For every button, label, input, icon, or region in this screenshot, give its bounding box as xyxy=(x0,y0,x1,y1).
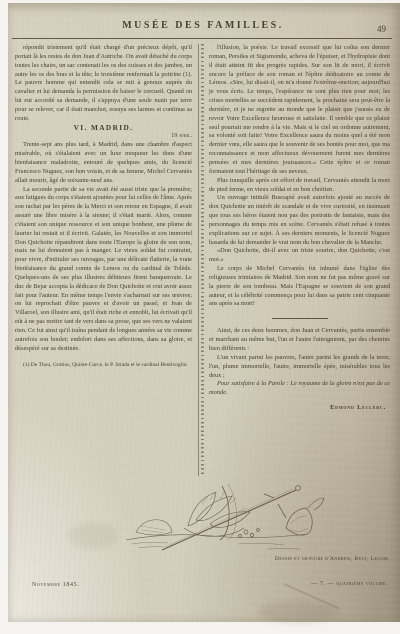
trophy-engraving-illustration xyxy=(118,474,348,558)
foxing-stain xyxy=(258,601,338,623)
binding-crease xyxy=(198,44,206,476)
body-paragraph: Ainsi, de ces deux hommes, don Juan et C… xyxy=(209,327,390,354)
closing-paragraph: Pour satisfaire à la Parole : Le royaume… xyxy=(209,380,390,398)
footer-volume: — 7. — quatrième volume. xyxy=(311,580,388,587)
section-heading: VI. MADRID. xyxy=(15,124,192,133)
quote-paragraph: «Don Quichotte, dit-il avec un triste so… xyxy=(209,247,390,265)
footer-date: Novembre 1845. xyxy=(32,582,79,588)
body-paragraph: Trente-sept ans plus tard, à Madrid, dan… xyxy=(15,141,192,185)
footnote: (1) De Thou, Grotius, Quinte-Curce, le P… xyxy=(15,362,192,369)
author-signature: Edmond Leclerc. xyxy=(209,404,390,413)
left-text-column: répondit tristement qu'il était chargé d… xyxy=(15,44,192,368)
page-number: 49 xyxy=(377,24,386,34)
section-divider-rule xyxy=(272,318,328,319)
body-paragraph: Plus tranquille après cet effort de trav… xyxy=(209,177,390,195)
header-rule xyxy=(12,38,392,39)
body-paragraph: La seconde partie de sa vie avait été au… xyxy=(15,186,192,354)
section-subnote: 19 avril. xyxy=(15,132,192,141)
engraving-caption: Dessin et gravure d'Andrew, Best, Leloir… xyxy=(275,556,390,562)
body-paragraph: Un ouvrage intitulé Buscapié avait autre… xyxy=(209,194,390,247)
right-text-column: l'illusion, la poésie. Le travail excess… xyxy=(209,44,390,413)
body-paragraph: L'un vivant parmi les pauvres, l'autre p… xyxy=(209,354,390,381)
foxing-stain xyxy=(68,523,118,549)
body-paragraph: l'illusion, la poésie. Le travail excess… xyxy=(209,44,390,177)
journal-masthead-title: MUSÉE DES FAMILLES. xyxy=(14,20,392,31)
body-paragraph: Le corps de Michel Cervantès fut inhumé … xyxy=(209,265,390,309)
body-paragraph: répondit tristement qu'il était chargé d… xyxy=(15,44,192,124)
